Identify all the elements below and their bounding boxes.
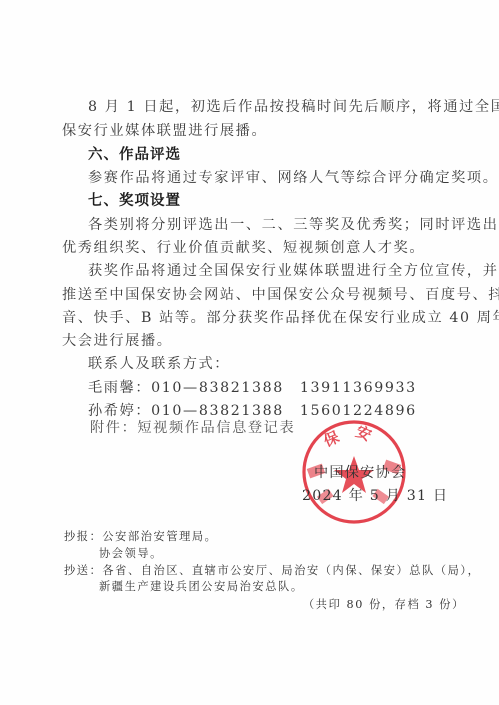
contact-name: 孙希婷：: [88, 403, 151, 419]
contact-name: 毛雨馨：: [88, 380, 151, 396]
paragraph-line: 优秀组织奖、行业价值贡献奖、短视频创意人才奖。: [62, 239, 425, 257]
paragraph-line: 大会进行展播。: [62, 332, 173, 350]
paragraph-line: 推送至中国保安协会网站、中国保安公众号视频号、百度号、抖: [62, 286, 499, 304]
paragraph-line: 各类别将分别评选出一、二、三等奖及优秀奖；同时评选出: [88, 216, 498, 234]
contact-row: 毛雨馨：010—8382138813911369933: [88, 379, 417, 397]
section-heading-awards: 七、奖项设置: [88, 192, 181, 210]
cc-report-row: 抄报：公安部治安管理局。: [64, 530, 217, 544]
section-heading-evaluation: 六、作品评选: [88, 146, 181, 164]
signature-organization: 中国保安协会: [314, 462, 406, 482]
paragraph-line: 音、快手、B 站等。部分获奖作品择优在保安行业成立 40 周年: [62, 309, 499, 327]
signature-date: 2024 年 5 月 31 日: [302, 485, 448, 505]
cc-send-row: 抄送：各省、自治区、直辖市公安厅、局治安（内保、保安）总队（局），: [64, 564, 480, 578]
cc-send-label: 抄送：: [64, 564, 102, 577]
contact-mobile: 13911369933: [300, 380, 417, 396]
contact-phone: 010—83821388: [151, 403, 284, 419]
cc-send-recipient: 各省、自治区、直辖市公安厅、局治安（内保、保安）总队（局），: [102, 564, 480, 577]
paragraph-line: 参赛作品将通过专家评审、网络人气等综合评分确定奖项。: [88, 169, 498, 187]
contacts-label: 联系人及联系方式：: [88, 355, 230, 373]
contact-mobile: 15601224896: [300, 403, 417, 419]
cc-report-label: 抄报：: [64, 530, 102, 543]
contact-phone: 010—83821388: [151, 380, 284, 396]
paragraph-line: 保安行业媒体联盟进行展播。: [62, 122, 267, 140]
paragraph-line: 8 月 1 日起，初选后作品按投稿时间先后顺序，将通过全国: [88, 98, 499, 116]
cc-report-recipient: 公安部治安管理局。: [102, 530, 217, 543]
paragraph-line: 获奖作品将通过全国保安行业媒体联盟进行全方位宣传，并: [88, 262, 498, 280]
print-count-note: （共印 80 份，存档 3 份）: [303, 598, 465, 612]
attachment-note: 附件：短视频作品信息登记表: [90, 419, 295, 437]
cc-report-recipient: 协会领导。: [99, 547, 163, 561]
cc-send-recipient: 新疆生产建设兵团公安局治安总队。: [99, 580, 304, 594]
document-page: 8 月 1 日起，初选后作品按投稿时间先后顺序，将通过全国 保安行业媒体联盟进行…: [0, 0, 499, 705]
